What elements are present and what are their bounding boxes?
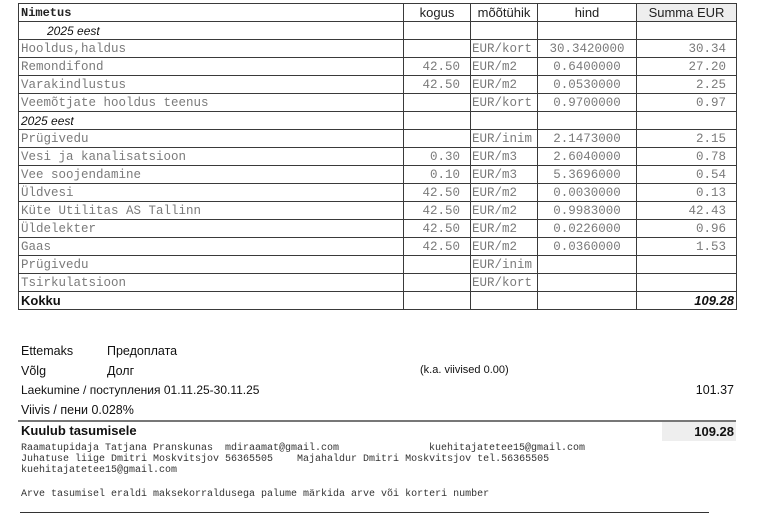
total-row: Kokku 109.28: [19, 292, 737, 310]
item-sum: 0.54: [637, 166, 737, 184]
empty-cell: [637, 112, 737, 130]
item-price: 0.0530000: [538, 76, 637, 94]
table-row: PrügiveduEUR/inim2.14730002.15: [19, 130, 737, 148]
table-header-row: Nimetus kogus mõõtühik hind Summa EUR: [19, 4, 737, 22]
item-unit: EUR/kort: [471, 274, 538, 292]
prepayment-label: Ettemaks: [21, 344, 73, 358]
item-unit: EUR/m2: [471, 220, 538, 238]
item-qty: 42.50: [404, 238, 471, 256]
footer-accountant: Raamatupidaja Tatjana Pranskunas mdiraam…: [21, 443, 339, 454]
item-qty: 0.30: [404, 148, 471, 166]
item-sum: 2.25: [637, 76, 737, 94]
empty-cell: [637, 22, 737, 40]
item-sum: 2.15: [637, 130, 737, 148]
item-unit: EUR/inim: [471, 256, 538, 274]
item-qty: 42.50: [404, 184, 471, 202]
item-unit: EUR/m2: [471, 184, 538, 202]
item-price: 2.1473000: [538, 130, 637, 148]
amount-due-value: 109.28: [662, 422, 736, 441]
item-name: Küte Utilitas AS Tallinn: [19, 202, 404, 220]
item-sum: 30.34: [637, 40, 737, 58]
divider: [18, 420, 736, 422]
penalty-note: (k.a. viivised 0.00): [420, 364, 509, 376]
item-name: Vee soojendamine: [19, 166, 404, 184]
header-name: Nimetus: [19, 4, 404, 22]
table-row: Hooldus,haldusEUR/kort30.342000030.34: [19, 40, 737, 58]
item-price: 0.0226000: [538, 220, 637, 238]
total-value: 109.28: [637, 292, 737, 310]
empty-cell: [404, 292, 471, 310]
item-qty: 0.10: [404, 166, 471, 184]
item-price: 0.0360000: [538, 238, 637, 256]
amount-due-label: Kuulub tasumisele: [21, 423, 137, 438]
item-name: Vesi ja kanalisatsioon: [19, 148, 404, 166]
prepayment-label-ru: Предоплата: [107, 344, 177, 358]
item-price: 0.6400000: [538, 58, 637, 76]
header-unit: mõõtühik: [471, 4, 538, 22]
item-unit: EUR/inim: [471, 130, 538, 148]
item-name: Gaas: [19, 238, 404, 256]
item-name: Tsirkulatsioon: [19, 274, 404, 292]
footer-board-member: Juhatuse liige Dmitri Moskvitsjov 563655…: [21, 454, 549, 465]
header-sum: Summa EUR: [637, 4, 737, 22]
item-unit: EUR/kort: [471, 40, 538, 58]
item-sum: 27.20: [637, 58, 737, 76]
empty-cell: [471, 22, 538, 40]
item-name: Prügivedu: [19, 256, 404, 274]
item-unit: EUR/m2: [471, 76, 538, 94]
invoice-table: Nimetus kogus mõõtühik hind Summa EUR 20…: [18, 3, 737, 310]
table-row: Varakindlustus42.50EUR/m20.05300002.25: [19, 76, 737, 94]
table-row: Küte Utilitas AS Tallinn42.50EUR/m20.998…: [19, 202, 737, 220]
item-price: 0.9983000: [538, 202, 637, 220]
item-unit: EUR/m2: [471, 238, 538, 256]
section-label: 2025 eest: [19, 22, 404, 40]
item-price: 5.3696000: [538, 166, 637, 184]
empty-cell: [404, 112, 471, 130]
item-name: Üldelekter: [19, 220, 404, 238]
item-qty: [404, 274, 471, 292]
item-sum: 0.97: [637, 94, 737, 112]
item-price: 0.0030000: [538, 184, 637, 202]
empty-cell: [471, 292, 538, 310]
table-row: Remondifond42.50EUR/m20.640000027.20: [19, 58, 737, 76]
item-qty: 42.50: [404, 76, 471, 94]
item-sum: [637, 274, 737, 292]
table-row: Üldvesi42.50EUR/m20.00300000.13: [19, 184, 737, 202]
item-sum: 0.13: [637, 184, 737, 202]
item-unit: EUR/m3: [471, 148, 538, 166]
item-sum: 0.96: [637, 220, 737, 238]
item-unit: EUR/m3: [471, 166, 538, 184]
item-name: Üldvesi: [19, 184, 404, 202]
receipts-label: Laekumine / поступления 01.11.25-30.11.2…: [21, 383, 259, 397]
item-sum: [637, 256, 737, 274]
table-row: Vee soojendamine0.10EUR/m35.36960000.54: [19, 166, 737, 184]
item-price: 30.3420000: [538, 40, 637, 58]
item-qty: [404, 256, 471, 274]
receipts-value: 101.37: [630, 383, 734, 397]
item-qty: 42.50: [404, 58, 471, 76]
item-qty: [404, 94, 471, 112]
table-row: Gaas42.50EUR/m20.03600001.53: [19, 238, 737, 256]
item-name: Varakindlustus: [19, 76, 404, 94]
item-qty: 42.50: [404, 220, 471, 238]
item-name: Remondifond: [19, 58, 404, 76]
item-sum: 1.53: [637, 238, 737, 256]
item-unit: EUR/m2: [471, 202, 538, 220]
table-row: Vesi ja kanalisatsioon0.30EUR/m32.604000…: [19, 148, 737, 166]
header-qty: kogus: [404, 4, 471, 22]
empty-cell: [538, 112, 637, 130]
item-unit: EUR/kort: [471, 94, 538, 112]
item-sum: 42.43: [637, 202, 737, 220]
debt-label: Võlg: [21, 364, 46, 378]
table-row: Üldelekter42.50EUR/m20.02260000.96: [19, 220, 737, 238]
empty-cell: [538, 22, 637, 40]
item-name: Hooldus,haldus: [19, 40, 404, 58]
payment-note: Arve tasumisel eraldi maksekorraldusega …: [21, 489, 489, 500]
section-row-1: 2025 eest: [19, 22, 737, 40]
item-name: Prügivedu: [19, 130, 404, 148]
item-price: [538, 274, 637, 292]
table-row: Veemõtjate hooldus teenusEUR/kort0.97000…: [19, 94, 737, 112]
table-row: PrügiveduEUR/inim: [19, 256, 737, 274]
penalty-label: Viivis / пени 0.028%: [21, 403, 134, 417]
item-unit: EUR/m2: [471, 58, 538, 76]
empty-cell: [404, 22, 471, 40]
footer-email: kuehitajatetee15@gmail.com: [429, 443, 585, 454]
empty-cell: [471, 112, 538, 130]
item-qty: [404, 40, 471, 58]
total-label: Kokku: [19, 292, 404, 310]
item-sum: 0.78: [637, 148, 737, 166]
item-price: [538, 256, 637, 274]
bottom-divider: [20, 512, 709, 513]
item-qty: [404, 130, 471, 148]
table-row: TsirkulatsioonEUR/kort: [19, 274, 737, 292]
debt-label-ru: Долг: [107, 364, 134, 378]
item-price: 2.6040000: [538, 148, 637, 166]
item-price: 0.9700000: [538, 94, 637, 112]
section-row-2: 2025 eest: [19, 112, 737, 130]
section-label: 2025 eest: [19, 112, 404, 130]
empty-cell: [538, 292, 637, 310]
item-name: Veemõtjate hooldus teenus: [19, 94, 404, 112]
footer-email-2: kuehitajatetee15@gmail.com: [21, 465, 177, 476]
header-price: hind: [538, 4, 637, 22]
item-qty: 42.50: [404, 202, 471, 220]
